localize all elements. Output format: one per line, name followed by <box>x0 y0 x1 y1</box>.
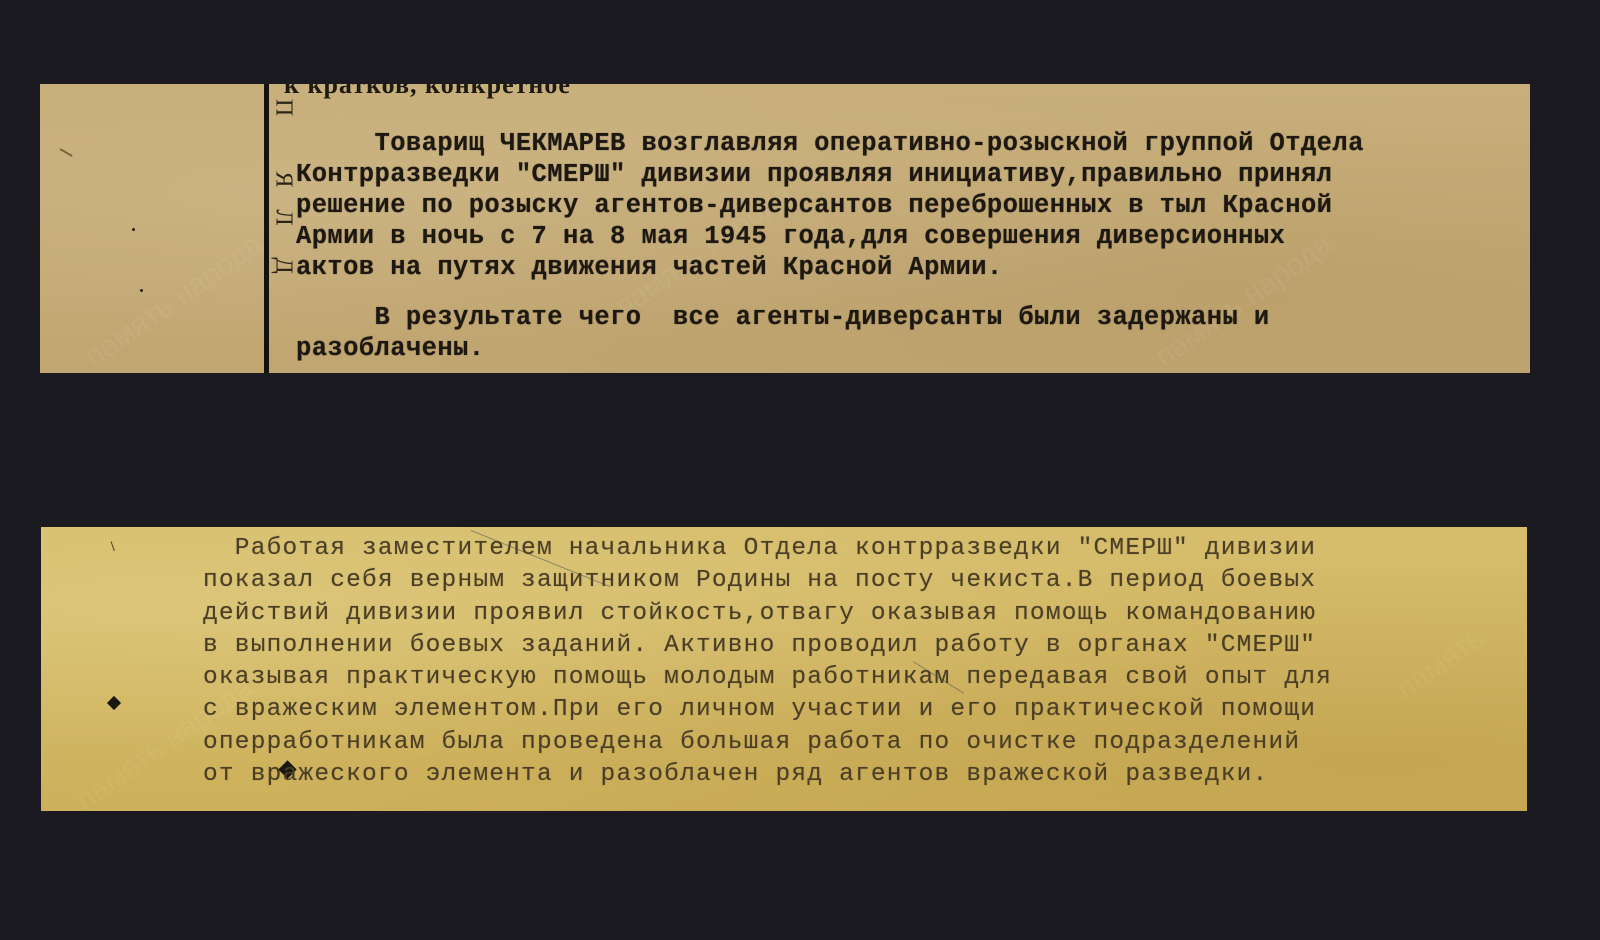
text-line: актов на путях движения частей Красной А… <box>296 252 1516 283</box>
text-line: от вражеского элемента и разоблачен ряд … <box>203 759 1503 791</box>
paper-mark <box>111 541 115 551</box>
paper-speck <box>140 289 143 292</box>
typed-text-top: Товарищ ЧЕКМАРЕВ возглавляя оперативно-р… <box>296 128 1516 364</box>
margin-label: П Я Л Д <box>268 92 298 362</box>
watermark: память народа <box>79 228 269 373</box>
text-line: в выполнении боевых заданий. Активно про… <box>203 630 1503 662</box>
paragraph: В результате чего все агенты-диверсанты … <box>296 302 1516 364</box>
typed-text-bottom: Работая заместителем начальника Отдела к… <box>203 533 1503 791</box>
text-line: Товарищ ЧЕКМАРЕВ возглавляя оперативно-р… <box>296 128 1516 159</box>
text-line: Контрразведки "СМЕРШ" дивизии проявляя и… <box>296 159 1516 190</box>
margin-letter: Д <box>270 251 297 281</box>
text-line: оперработникам была проведена большая ра… <box>203 727 1503 759</box>
document-fragment-bottom: память народа память Работая заместителе… <box>41 527 1527 811</box>
text-line: разоблачены. <box>296 333 1516 364</box>
text-line: Работая заместителем начальника Отдела к… <box>203 533 1503 565</box>
text-line: с вражеским элементом.При его личном уча… <box>203 694 1503 726</box>
text-line: Армии в ночь с 7 на 8 мая 1945 года,для … <box>296 221 1516 252</box>
document-fragment-top: память народа память народа память народ… <box>40 84 1530 373</box>
text-line: действий дивизии проявил стойкость,отваг… <box>203 598 1503 630</box>
paragraph: Товарищ ЧЕКМАРЕВ возглавляя оперативно-р… <box>296 128 1516 283</box>
margin-letter: П <box>270 93 297 123</box>
paper-mark <box>60 148 73 157</box>
margin-letter: Я <box>270 165 297 195</box>
margin-letter: Л <box>270 203 297 233</box>
cut-off-line: к кратков, конкретное <box>284 84 571 100</box>
text-line: показал себя верным защитником Родины на… <box>203 565 1503 597</box>
text-line: В результате чего все агенты-диверсанты … <box>296 302 1516 333</box>
margin-rule <box>264 84 269 373</box>
text-line: оказывая практическую помощь молодым раб… <box>203 662 1503 694</box>
paper-speck <box>132 228 135 231</box>
text-line: решение по розыску агентов-диверсантов п… <box>296 190 1516 221</box>
punch-hole <box>107 696 121 710</box>
